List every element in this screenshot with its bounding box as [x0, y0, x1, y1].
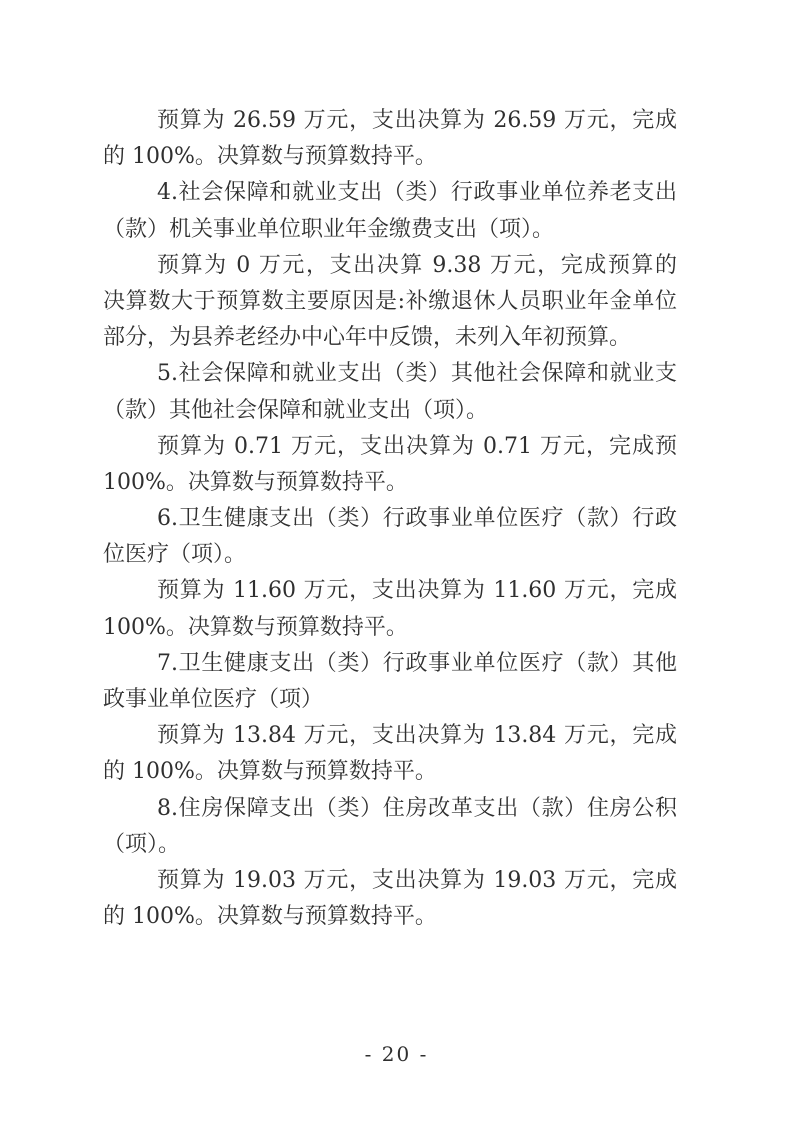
text-line: （款）其他社会保障和就业支出（项）。 [103, 393, 677, 429]
text-line: 预算为 13.84 万元，支出决算为 13.84 万元，完成预算 [103, 718, 677, 754]
text-line: 预算为 0.71 万元，支出决算为 0.71 万元，完成预算的 [103, 429, 677, 465]
text-line: 的 100%。决算数与预算数持平。 [103, 139, 677, 175]
text-line: 100%。决算数与预算数持平。 [103, 610, 677, 646]
text-line: 8.住房保障支出（类）住房改革支出（款）住房公积金 [103, 791, 677, 827]
text-line: 4.社会保障和就业支出（类）行政事业单位养老支出 [103, 175, 677, 211]
text-line: 7.卫生健康支出（类）行政事业单位医疗（款）其他行 [103, 646, 677, 682]
text-line: 预算为 0 万元，支出决算 9.38 万元，完成预算的 100%。 [103, 248, 677, 284]
text-line: 6.卫生健康支出（类）行政事业单位医疗（款）行政单 [103, 501, 677, 537]
page-footer: - 20 - [0, 1041, 793, 1067]
text-line: 预算为 26.59 万元，支出决算为 26.59 万元，完成预算 [103, 103, 677, 139]
text-line: 位医疗（项）。 [103, 537, 677, 573]
text-line: 部分，为县养老经办中心年中反馈，未列入年初预算。 [103, 320, 677, 356]
text-line: 决算数大于预算数主要原因是:补缴退休人员职业年金单位 [103, 284, 677, 320]
text-line: （项）。 [103, 827, 677, 863]
text-line: 政事业单位医疗（项） [103, 682, 677, 718]
document-page: 预算为 26.59 万元，支出决算为 26.59 万元，完成预算的 100%。决… [0, 0, 793, 1122]
text-line: （款）机关事业单位职业年金缴费支出（项）。 [103, 212, 677, 248]
text-line: 的 100%。决算数与预算数持平。 [103, 754, 677, 790]
text-line: 预算为 11.60 万元，支出决算为 11.60 万元，完成预算 [103, 573, 677, 609]
page-number: - 20 - [365, 1042, 429, 1066]
text-line: 预算为 19.03 万元，支出决算为 19.03 万元，完成预算 [103, 863, 677, 899]
text-line: 100%。决算数与预算数持平。 [103, 465, 677, 501]
text-line: 5.社会保障和就业支出（类）其他社会保障和就业支出 [103, 356, 677, 392]
text-line: 的 100%。决算数与预算数持平。 [103, 899, 677, 935]
document-body: 预算为 26.59 万元，支出决算为 26.59 万元，完成预算的 100%。决… [103, 103, 677, 935]
